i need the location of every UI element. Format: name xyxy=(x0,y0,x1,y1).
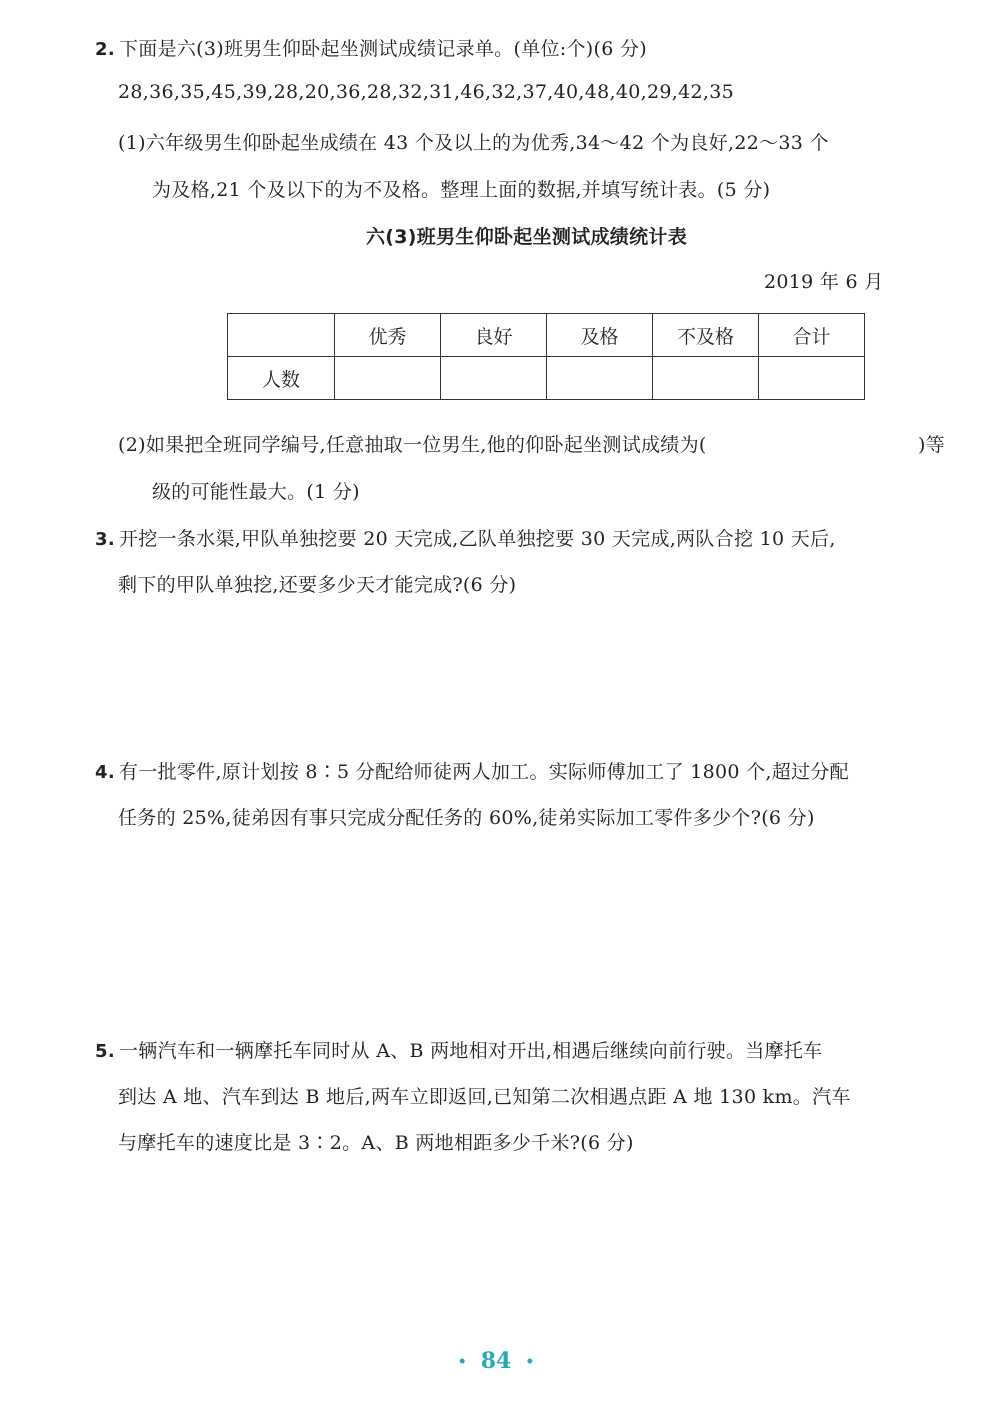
header-cell: 不及格 xyxy=(653,314,759,357)
question-5-line2: 到达 A 地、汽车到达 B 地后,两车立即返回,已知第二次相遇点距 A 地 13… xyxy=(118,1082,851,1109)
question-3-line2: 剩下的甲队单独挖,还要多少天才能完成?(6 分) xyxy=(118,570,516,597)
part2-line1: (2)如果把全班同学编号,任意抽取一位男生,他的仰卧起坐测试成绩为( xyxy=(118,430,707,457)
header-cell xyxy=(228,314,335,357)
header-cell: 良好 xyxy=(441,314,547,357)
table-header-row: 优秀 良好 及格 不及格 合计 xyxy=(228,314,865,357)
dot-icon: • xyxy=(458,1354,467,1370)
question-4-line2: 任务的 25%,徒弟因有事只完成分配任务的 60%,徒弟实际加工零件多少个?(6… xyxy=(118,803,815,830)
part2-line2: 级的可能性最大。(1 分) xyxy=(152,477,360,504)
answer-cell[interactable] xyxy=(653,357,759,400)
answer-cell[interactable] xyxy=(759,357,865,400)
question-2: 2.下面是六(3)班男生仰卧起坐测试成绩记录单。(单位:个)(6 分) xyxy=(95,34,647,61)
question-text: 一辆汽车和一辆摩托车同时从 A、B 两地相对开出,相遇后继续向前行驶。当摩托车 xyxy=(119,1040,823,1062)
table-row: 人数 xyxy=(228,357,865,400)
question-text: 有一批零件,原计划按 8∶5 分配给师徒两人加工。实际师傅加工了 1800 个,… xyxy=(119,761,849,783)
header-cell: 合计 xyxy=(759,314,865,357)
question-number: 4. xyxy=(95,762,115,783)
answer-cell[interactable] xyxy=(547,357,653,400)
row-label: 人数 xyxy=(228,357,335,400)
dot-icon: • xyxy=(525,1354,534,1370)
question-number: 2. xyxy=(95,39,115,60)
question-5: 5.一辆汽车和一辆摩托车同时从 A、B 两地相对开出,相遇后继续向前行驶。当摩托… xyxy=(95,1036,822,1063)
part1-line1: (1)六年级男生仰卧起坐成绩在 43 个及以上的为优秀,34～42 个为良好,2… xyxy=(118,128,829,155)
table-date: 2019 年 6 月 xyxy=(764,267,884,294)
question-number: 5. xyxy=(95,1041,115,1062)
part1-line2: 为及格,21 个及以下的为不及格。整理上面的数据,并填写统计表。(5 分) xyxy=(152,175,770,202)
question-text: 开挖一条水渠,甲队单独挖要 20 天完成,乙队单独挖要 30 天完成,两队合挖 … xyxy=(119,528,836,550)
statistics-table: 优秀 良好 及格 不及格 合计 人数 xyxy=(227,313,865,400)
question-5-line3: 与摩托车的速度比是 3∶2。A、B 两地相距多少千米?(6 分) xyxy=(118,1128,634,1155)
page-number: •84• xyxy=(0,1348,992,1374)
question-3: 3.开挖一条水渠,甲队单独挖要 20 天完成,乙队单独挖要 30 天完成,两队合… xyxy=(95,524,836,551)
table-title: 六(3)班男生仰卧起坐测试成绩统计表 xyxy=(366,222,687,249)
answer-cell[interactable] xyxy=(441,357,547,400)
question-number: 3. xyxy=(95,529,115,550)
score-data: 28,36,35,45,39,28,20,36,28,32,31,46,32,3… xyxy=(118,81,734,103)
question-4: 4.有一批零件,原计划按 8∶5 分配给师徒两人加工。实际师傅加工了 1800 … xyxy=(95,757,849,784)
question-text: 下面是六(3)班男生仰卧起坐测试成绩记录单。(单位:个)(6 分) xyxy=(119,38,647,60)
header-cell: 及格 xyxy=(547,314,653,357)
header-cell: 优秀 xyxy=(335,314,441,357)
part2-blank-close: )等 xyxy=(918,430,945,457)
answer-cell[interactable] xyxy=(335,357,441,400)
